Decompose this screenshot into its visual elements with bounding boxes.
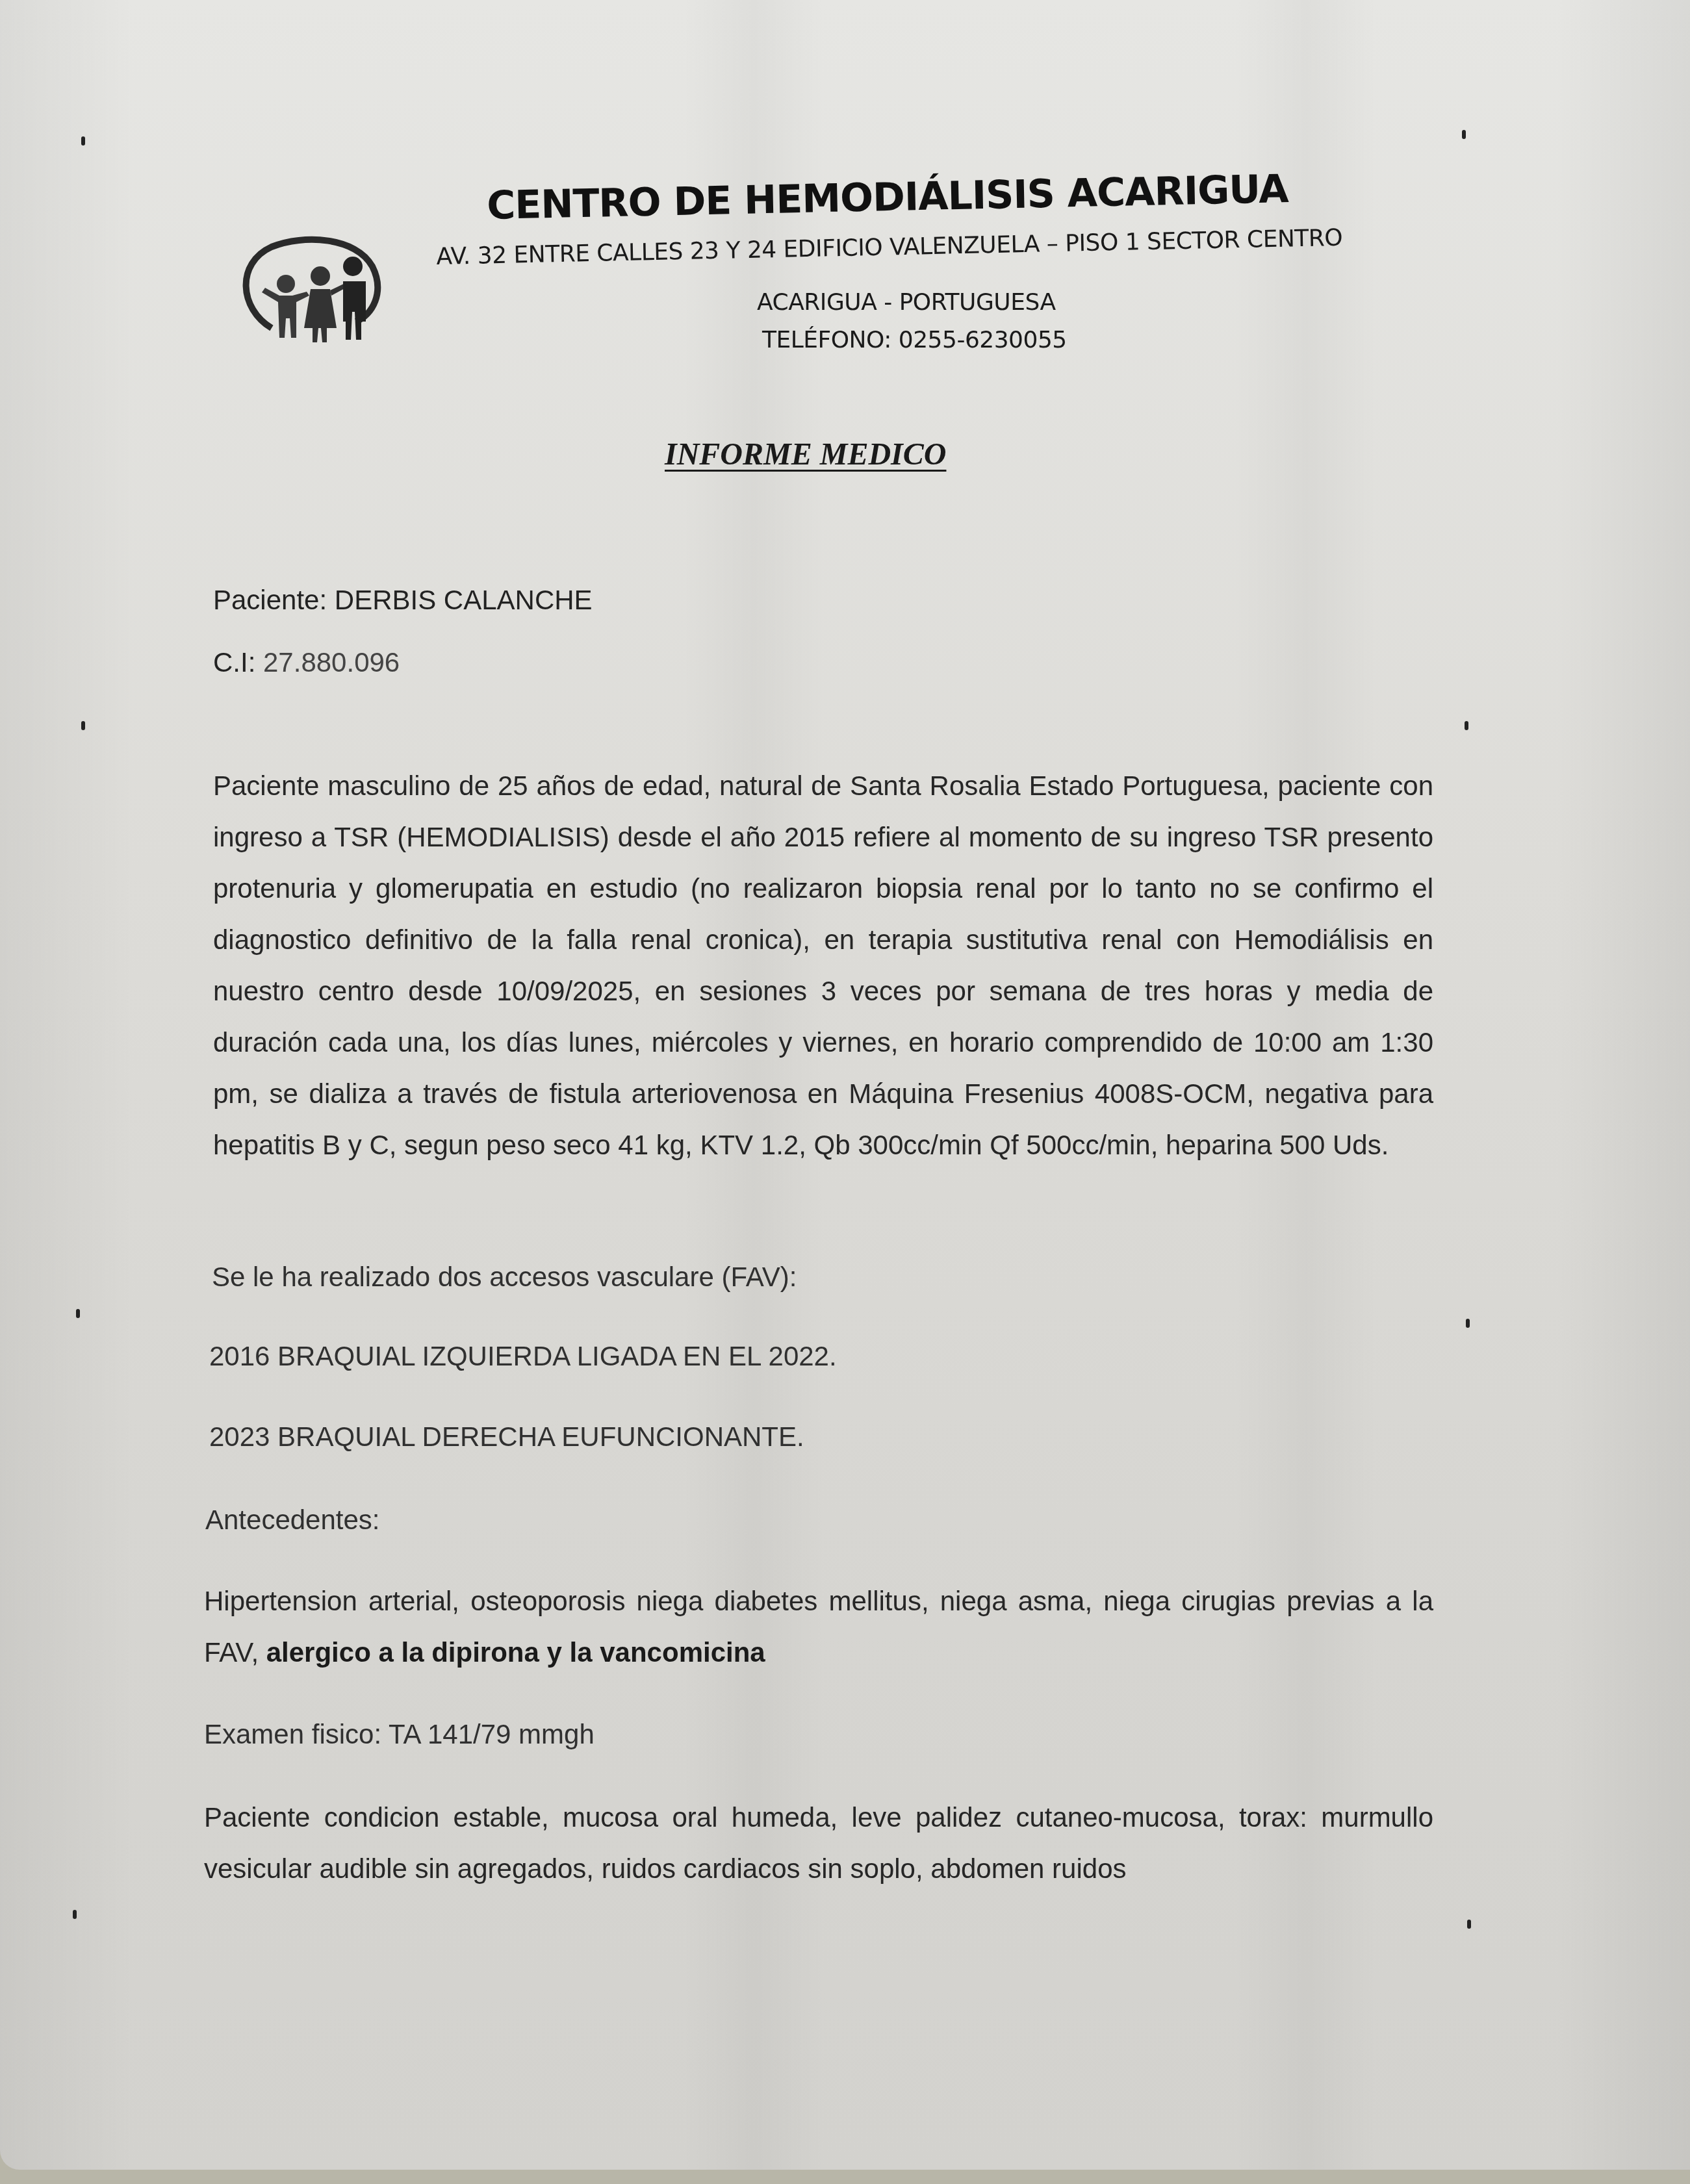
ci-value: 27.880.096 xyxy=(263,647,400,678)
ci-field: C.I: 27.880.096 xyxy=(213,647,400,678)
paper-sheet: CENTRO DE HEMODIÁLISIS ACARIGUA AV. 32 E… xyxy=(0,0,1690,2170)
history-paragraph: Paciente masculino de 25 años de edad, n… xyxy=(213,760,1433,1171)
exam-line: Examen fisico: TA 141/79 mmgh xyxy=(204,1719,595,1750)
organization-address: AV. 32 ENTRE CALLES 23 Y 24 EDIFICIO VAL… xyxy=(436,225,1342,270)
vascular-access-item: 2023 BRAQUIAL DERECHA EUFUNCIONANTE. xyxy=(209,1421,804,1453)
punch-hole-mark xyxy=(73,1910,77,1919)
punch-hole-mark xyxy=(81,721,85,730)
exam-label: Examen fisico: xyxy=(204,1719,381,1749)
vascular-access-intro: Se le ha realizado dos accesos vasculare… xyxy=(212,1262,797,1293)
ci-label: C.I: xyxy=(213,647,255,678)
punch-hole-mark xyxy=(76,1309,80,1318)
organization-city: ACARIGUA - PORTUGUESA xyxy=(757,289,1056,316)
exam-value: TA 141/79 mmgh xyxy=(389,1719,595,1749)
patient-field: Paciente: DERBIS CALANCHE xyxy=(213,585,593,616)
document-title: INFORME MEDICO xyxy=(665,437,946,472)
patient-name: DERBIS CALANCHE xyxy=(335,585,593,615)
punch-hole-mark xyxy=(1462,130,1466,139)
organization-phone: TELÉFONO: 0255-6230055 xyxy=(762,327,1067,353)
antecedentes-paragraph: Hipertension arterial, osteoporosis nieg… xyxy=(204,1575,1433,1678)
punch-hole-mark xyxy=(1467,1920,1471,1929)
punch-hole-mark xyxy=(1465,721,1468,730)
punch-hole-mark xyxy=(1466,1319,1470,1328)
allergy-text: alergico a la dipirona y la vancomicina xyxy=(266,1637,765,1668)
organization-name: CENTRO DE HEMODIÁLISIS ACARIGUA xyxy=(487,166,1289,229)
family-in-circle-icon xyxy=(233,231,382,344)
exam-paragraph: Paciente condicion estable, mucosa oral … xyxy=(204,1792,1433,1894)
patient-label: Paciente: xyxy=(213,585,327,615)
antecedentes-label: Antecedentes: xyxy=(205,1505,380,1536)
vascular-access-item: 2016 BRAQUIAL IZQUIERDA LIGADA EN EL 202… xyxy=(209,1341,837,1372)
punch-hole-mark xyxy=(81,136,85,146)
